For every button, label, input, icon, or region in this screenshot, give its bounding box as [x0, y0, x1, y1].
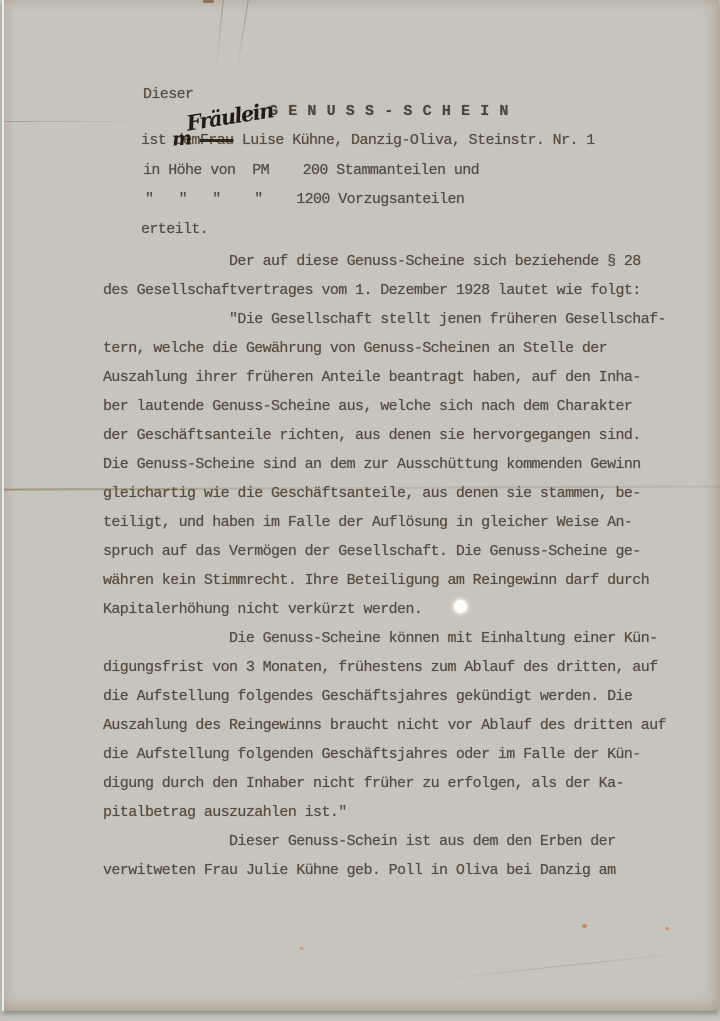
- text-line: Auszahlung ihrer früheren Anteile beantr…: [103, 363, 666, 392]
- text-line: die Aufstellung folgendes Geschäftsjahre…: [103, 682, 666, 711]
- paper-stain: [300, 947, 303, 950]
- text-line: digungsfrist von 3 Monaten, frühestens z…: [103, 653, 666, 682]
- text-line: verwitweten Frau Julie Kühne geb. Poll i…: [103, 856, 666, 885]
- handwritten-overstrike-m: m: [171, 127, 191, 150]
- text-line: des Gesellschaftvertrages vom 1. Dezembe…: [103, 276, 666, 305]
- amount-line-2: " " " " 1200 Vorzugsanteilen: [145, 191, 464, 208]
- granted-word: erteilt.: [141, 221, 208, 238]
- text-line: ber lautende Genuss-Scheine aus, welche …: [103, 392, 666, 421]
- top-vertical-crease-2: [236, 0, 248, 71]
- handwritten-fraeulein-annotation: Fräulein: [185, 97, 275, 135]
- intro-word: Dieser: [143, 86, 193, 103]
- text-line: die Aufstellung folgenden Geschäftsjahre…: [103, 740, 666, 769]
- screenshot-root: { "colors": { "paper": "#e7dcbf", "ink":…: [0, 0, 720, 1021]
- paper-left-edge: [2, 0, 4, 1011]
- paper-stain: [582, 924, 587, 928]
- top-vertical-crease: [215, 0, 224, 72]
- text-line: digung durch den Inhaber nicht früher zu…: [103, 769, 666, 798]
- document-title: G E N U S S - S C H E I N: [269, 103, 509, 120]
- text-line: tern, welche die Gewährung von Genuss-Sc…: [103, 334, 666, 363]
- text-line: gleichartig wie die Geschäftsanteile, au…: [103, 479, 666, 508]
- text-line: der Geschäftsanteile richten, aus denen …: [103, 421, 666, 450]
- paper-stain: [665, 927, 669, 930]
- bottom-diagonal-crease: [433, 951, 702, 980]
- struck-word-frau: Frau: [200, 132, 234, 149]
- text-line: Die Genuss-Scheine sind an dem zur Aussc…: [103, 450, 666, 479]
- text-line: Auszahlung des Reingewinns braucht nicht…: [103, 711, 666, 740]
- text-line: Der auf diese Genuss-Scheine sich bezieh…: [103, 247, 666, 276]
- paper-stain: [203, 0, 214, 3]
- text-line: Kapitalerhöhung nicht verkürzt werden.: [103, 595, 666, 624]
- left-edge-crease: [2, 121, 152, 122]
- body-text: Der auf diese Genuss-Scheine sich bezieh…: [103, 247, 666, 885]
- text-line: teiligt, und haben im Falle der Auflösun…: [103, 508, 666, 537]
- text-line: "Die Gesellschaft stellt jenen früheren …: [103, 305, 666, 334]
- recipient-rest: Luise Kühne, Danzig-Oliva, Steinstr. Nr.…: [233, 132, 594, 149]
- text-line: Dieser Genuss-Schein ist aus dem den Erb…: [103, 827, 666, 856]
- text-line: Die Genuss-Scheine können mit Einhaltung…: [103, 624, 666, 653]
- text-line: währen kein Stimmrecht. Ihre Beteiligung…: [103, 566, 666, 595]
- paper-hole-spot: [454, 600, 467, 613]
- text-line: spruch auf das Vermögen der Gesellschaft…: [103, 537, 666, 566]
- recipient-line: ist demFrau Luise Kühne, Danzig-Oliva, S…: [141, 132, 595, 149]
- document-page: Dieser G E N U S S - S C H E I N ist dem…: [2, 0, 719, 1011]
- text-line: pitalbetrag auszuzahlen ist.": [103, 798, 666, 827]
- amount-line-1: in Höhe von PM 200 Stammanteilen und: [143, 162, 479, 179]
